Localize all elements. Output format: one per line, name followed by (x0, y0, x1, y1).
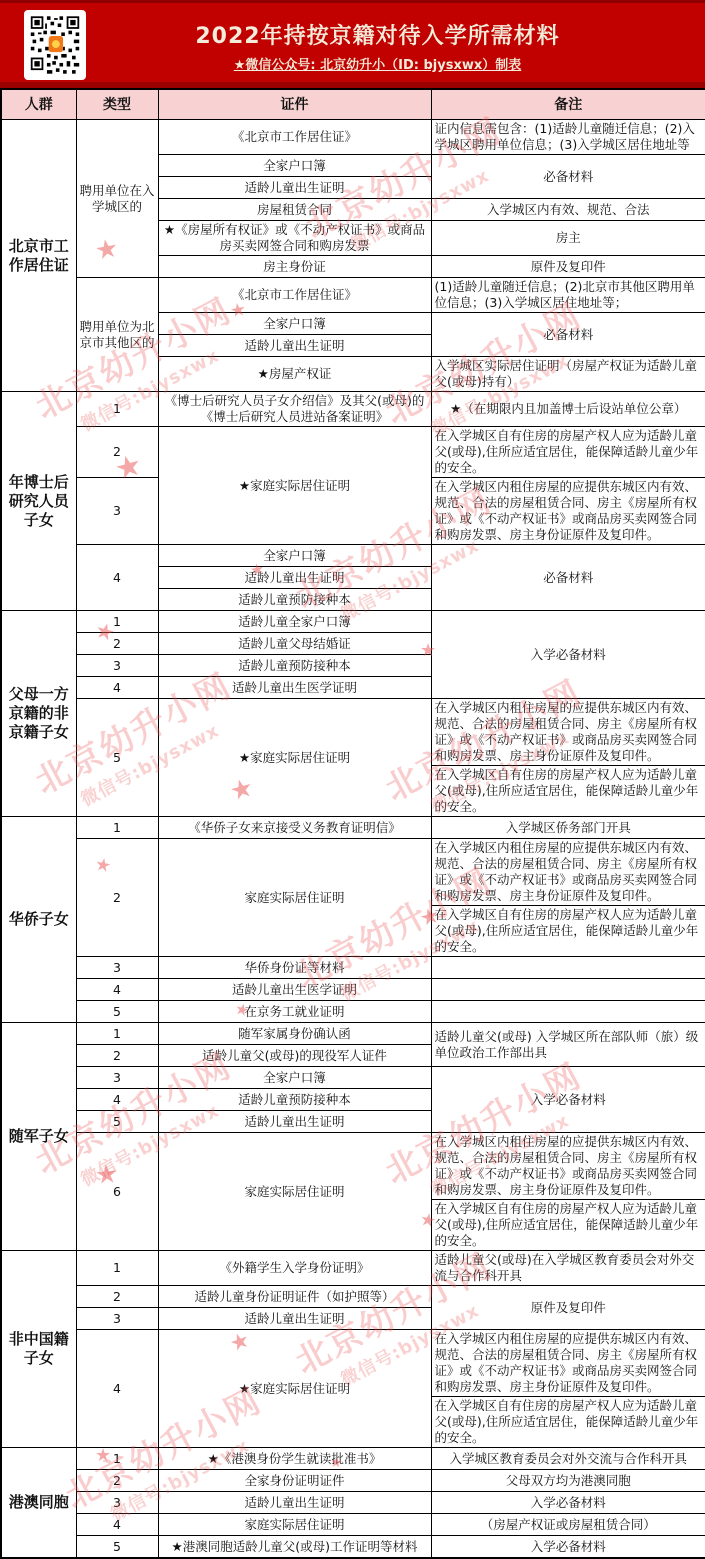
type-cell: 3 (76, 478, 158, 545)
type-cell: 2 (76, 1045, 158, 1067)
doc-cell: 《北京市工作居住证》 (158, 120, 431, 155)
type-cell: 2 (76, 427, 158, 478)
doc-cell: 全家户口簿 (158, 313, 431, 335)
note-cell: 在入学城区内租住房屋的应提供东城区内有效、规范、合法的房屋租赁合同、房主《房屋所… (431, 839, 705, 906)
table-row: 2全家身份证明证件父母双方均为港澳同胞 (1, 1470, 705, 1492)
doc-cell: 适龄儿童出生证明 (158, 335, 431, 357)
doc-cell: 华侨身份证等材料 (158, 957, 431, 979)
type-cell: 3 (76, 1308, 158, 1330)
type-cell: 5 (76, 1536, 158, 1559)
doc-cell: ★房屋产权证 (158, 357, 431, 392)
column-header-remark: 备注 (431, 89, 705, 120)
note-cell: 在入学城区内租住房屋的应提供东城区内有效、规范、合法的房屋租赁合同、房主《房屋所… (431, 699, 705, 766)
note-cell: 入学城区实际居住证明（房屋产权证为适龄儿童父(或母)持有） (431, 357, 705, 392)
table-row: 3华侨身份证等材料 (1, 957, 705, 979)
doc-cell: 适龄儿童全家户口簿 (158, 611, 431, 633)
type-cell: 4 (76, 1089, 158, 1111)
doc-cell: 适龄儿童出生证明 (158, 177, 431, 199)
type-cell: 1 (76, 1251, 158, 1286)
doc-cell: 适龄儿童出生证明 (158, 1111, 431, 1133)
type-cell: 5 (76, 1001, 158, 1023)
doc-cell: 适龄儿童父母结婚证 (158, 633, 431, 655)
doc-cell: ★《房屋所有权证》或《不动产权证书》或商品房买卖网签合同和购房发票 (158, 221, 431, 256)
doc-cell: 家庭实际居住证明 (158, 1514, 431, 1536)
table-row: 2家庭实际居住证明在入学城区内租住房屋的应提供东城区内有效、规范、合法的房屋租赁… (1, 839, 705, 906)
table-row: 2适龄儿童身份证明证件（如护照等）原件及复印件 (1, 1286, 705, 1308)
group-cell: 北京市工作居住证 (1, 120, 76, 392)
doc-cell: 全家户口簿 (158, 545, 431, 567)
table-row: 5★港澳同胞适龄儿童父(或母)工作证明等材料入学必备材料 (1, 1536, 705, 1559)
type-cell: 4 (76, 677, 158, 699)
qr-code-image (29, 14, 81, 76)
column-header-group: 人群 (1, 89, 76, 120)
table-row: 5★家庭实际居住证明在入学城区内租住房屋的应提供东城区内有效、规范、合法的房屋租… (1, 699, 705, 766)
doc-cell: 适龄儿童预防接种本 (158, 589, 431, 611)
doc-cell: 适龄儿童出生证明 (158, 1308, 431, 1330)
type-cell: 1 (76, 611, 158, 633)
type-cell: 聘用单位为北京市其他区的 (76, 278, 158, 392)
note-cell: 入学必备材料 (431, 1492, 705, 1514)
qr-code (24, 10, 86, 80)
group-cell: 父母一方京籍的非京籍子女 (1, 611, 76, 817)
table-row: 4★家庭实际居住证明在入学城区内租住房屋的应提供东城区内有效、规范、合法的房屋租… (1, 1330, 705, 1397)
note-cell: 适龄儿童父(或母)在入学城区教育委员会对外交流与合作科开具 (431, 1251, 705, 1286)
type-cell: 5 (76, 1111, 158, 1133)
note-cell (431, 1001, 705, 1023)
note-cell (431, 957, 705, 979)
type-cell: 2 (76, 1470, 158, 1492)
note-cell: 入学必备材料 (431, 611, 705, 699)
note-cell: 在入学城区内租住房屋的应提供东城区内有效、规范、合法的房屋租赁合同、房主《房屋所… (431, 1133, 705, 1200)
doc-cell: ★《港澳身份学生就读批准书》 (158, 1448, 431, 1470)
type-cell: 4 (76, 1514, 158, 1536)
type-cell: 2 (76, 1286, 158, 1308)
note-cell: 适龄儿童父(或母) 入学城区所在部队师（旅）级单位政治工作部出具 (431, 1023, 705, 1067)
type-cell: 2 (76, 633, 158, 655)
note-cell: (1)适龄儿童随迁信息；(2)北京市其他区聘用单位信息；(3)入学城区居住地址等… (431, 278, 705, 313)
table-row: 非中国籍子女1《外籍学生入学身份证明》适龄儿童父(或母)在入学城区教育委员会对外… (1, 1251, 705, 1286)
note-cell: 在入学城区自有住房的房屋产权人应为适龄儿童父(或母),住所应适宜居住，能保障适龄… (431, 1200, 705, 1251)
doc-cell: 适龄儿童出生医学证明 (158, 677, 431, 699)
table-row: 港澳同胞1★《港澳身份学生就读批准书》入学城区教育委员会对外交流与合作科开具 (1, 1448, 705, 1470)
type-cell: 4 (76, 545, 158, 611)
doc-cell: ★港澳同胞适龄儿童父(或母)工作证明等材料 (158, 1536, 431, 1559)
note-cell: 证内信息需包含：(1)适龄儿童随迁信息；(2)入学城区聘用单位信息；(3)入学城… (431, 120, 705, 155)
type-cell: 3 (76, 957, 158, 979)
doc-cell: 全家户口簿 (158, 155, 431, 177)
table-row: 4全家户口簿必备材料 (1, 545, 705, 567)
note-cell: 必备材料 (431, 155, 705, 199)
type-cell: 1 (76, 392, 158, 427)
note-cell: 入学必备材料 (431, 1536, 705, 1559)
materials-table: 人群 类型 证件 备注 北京市工作居住证聘用单位在入学城区的《北京市工作居住证》… (0, 88, 705, 1559)
note-cell: 必备材料 (431, 313, 705, 357)
group-cell: 年博士后研究人员子女 (1, 392, 76, 611)
type-cell: 4 (76, 1330, 158, 1448)
group-cell: 华侨子女 (1, 817, 76, 1023)
note-cell: 父母双方均为港澳同胞 (431, 1470, 705, 1492)
type-cell: 1 (76, 1023, 158, 1045)
doc-cell: 适龄儿童预防接种本 (158, 1089, 431, 1111)
note-cell: 入学城区侨务部门开具 (431, 817, 705, 839)
table-row: 3全家户口簿入学必备材料 (1, 1067, 705, 1089)
doc-cell: 家庭实际居住证明 (158, 839, 431, 957)
table-row: 随军子女1随军家属身份确认函适龄儿童父(或母) 入学城区所在部队师（旅）级单位政… (1, 1023, 705, 1045)
doc-cell: ★家庭实际居住证明 (158, 427, 431, 545)
doc-cell: ★家庭实际居住证明 (158, 699, 431, 817)
table-row: 父母一方京籍的非京籍子女1适龄儿童全家户口簿入学必备材料 (1, 611, 705, 633)
table-row: 年博士后研究人员子女1《博士后研究人员子女介绍信》及其父(或母)的《博士后研究人… (1, 392, 705, 427)
table-row: 聘用单位为北京市其他区的《北京市工作居住证》(1)适龄儿童随迁信息；(2)北京市… (1, 278, 705, 313)
doc-cell: 随军家属身份确认函 (158, 1023, 431, 1045)
doc-cell: 家庭实际居住证明 (158, 1133, 431, 1251)
note-cell: 原件及复印件 (431, 1286, 705, 1330)
note-cell: （房屋产权证或房屋租赁合同） (431, 1514, 705, 1536)
doc-cell: 《外籍学生入学身份证明》 (158, 1251, 431, 1286)
type-cell: 4 (76, 979, 158, 1001)
doc-cell: 全家身份证明证件 (158, 1470, 431, 1492)
page-subtitle: ★微信公众号: 北京幼升小（ID: bjysxwx）制表 (90, 54, 665, 73)
note-cell: 原件及复印件 (431, 256, 705, 278)
note-cell (431, 979, 705, 1001)
doc-cell: 适龄儿童身份证明证件（如护照等） (158, 1286, 431, 1308)
doc-cell: 适龄儿童父(或母)的现役军人证件 (158, 1045, 431, 1067)
column-header-document: 证件 (158, 89, 431, 120)
doc-cell: ★家庭实际居住证明 (158, 1330, 431, 1448)
note-cell: 入学必备材料 (431, 1067, 705, 1133)
note-cell: 入学城区内有效、规范、合法 (431, 199, 705, 221)
type-cell: 1 (76, 817, 158, 839)
type-cell: 1 (76, 1448, 158, 1470)
note-cell: 在入学城区内租住房屋的应提供东城区内有效、规范、合法的房屋租赁合同、房主《房屋所… (431, 1330, 705, 1397)
doc-cell: 适龄儿童出生医学证明 (158, 979, 431, 1001)
type-cell: 聘用单位在入学城区的 (76, 120, 158, 278)
table-row: 3适龄儿童出生证明入学必备材料 (1, 1492, 705, 1514)
doc-cell: 房主身份证 (158, 256, 431, 278)
title-banner: 2022年持按京籍对待入学所需材料 ★微信公众号: 北京幼升小（ID: bjys… (0, 0, 705, 88)
group-cell: 非中国籍子女 (1, 1251, 76, 1448)
doc-cell: 在京务工就业证明 (158, 1001, 431, 1023)
note-cell: 入学城区教育委员会对外交流与合作科开具 (431, 1448, 705, 1470)
doc-cell: 全家户口簿 (158, 1067, 431, 1089)
type-cell: 3 (76, 1492, 158, 1514)
doc-cell: 《北京市工作居住证》 (158, 278, 431, 313)
type-cell: 6 (76, 1133, 158, 1251)
type-cell: 3 (76, 655, 158, 677)
doc-cell: 适龄儿童出生证明 (158, 567, 431, 589)
type-cell: 2 (76, 839, 158, 957)
table-row: 4家庭实际居住证明（房屋产权证或房屋租赁合同） (1, 1514, 705, 1536)
note-cell: ★（在期限内且加盖博士后设站单位公章） (431, 392, 705, 427)
note-cell: 在入学城区内租住房屋的应提供东城区内有效、规范、合法的房屋租赁合同、房主《房屋所… (431, 478, 705, 545)
note-cell: 房主 (431, 221, 705, 256)
page-title: 2022年持按京籍对待入学所需材料 (90, 19, 665, 50)
doc-cell: 适龄儿童预防接种本 (158, 655, 431, 677)
note-cell: 在入学城区自有住房的房屋产权人应为适龄儿童父(或母),住所应适宜居住，能保障适龄… (431, 427, 705, 478)
column-header-type: 类型 (76, 89, 158, 120)
note-cell: 在入学城区自有住房的房屋产权人应为适龄儿童父(或母),住所应适宜居住，能保障适龄… (431, 766, 705, 817)
type-cell: 5 (76, 699, 158, 817)
table-row: 4适龄儿童出生医学证明 (1, 979, 705, 1001)
note-cell: 在入学城区自有住房的房屋产权人应为适龄儿童父(或母),住所应适宜居住，能保障适龄… (431, 1397, 705, 1448)
table-header: 人群 类型 证件 备注 (1, 89, 705, 120)
table-row: 2★家庭实际居住证明在入学城区自有住房的房屋产权人应为适龄儿童父(或母),住所应… (1, 427, 705, 478)
note-cell: 必备材料 (431, 545, 705, 611)
doc-cell: 房屋租赁合同 (158, 199, 431, 221)
type-cell: 3 (76, 1067, 158, 1089)
doc-cell: 适龄儿童出生证明 (158, 1492, 431, 1514)
doc-cell: 《华侨子女来京接受义务教育证明信》 (158, 817, 431, 839)
group-cell: 随军子女 (1, 1023, 76, 1251)
table-row: 6家庭实际居住证明在入学城区内租住房屋的应提供东城区内有效、规范、合法的房屋租赁… (1, 1133, 705, 1200)
table-row: 5在京务工就业证明 (1, 1001, 705, 1023)
doc-cell: 《博士后研究人员子女介绍信》及其父(或母)的《博士后研究人员进站备案证明》 (158, 392, 431, 427)
group-cell: 港澳同胞 (1, 1448, 76, 1559)
table-row: 华侨子女1《华侨子女来京接受义务教育证明信》入学城区侨务部门开具 (1, 817, 705, 839)
table-row: 北京市工作居住证聘用单位在入学城区的《北京市工作居住证》证内信息需包含：(1)适… (1, 120, 705, 155)
note-cell: 在入学城区自有住房的房屋产权人应为适龄儿童父(或母),住所应适宜居住，能保障适龄… (431, 906, 705, 957)
